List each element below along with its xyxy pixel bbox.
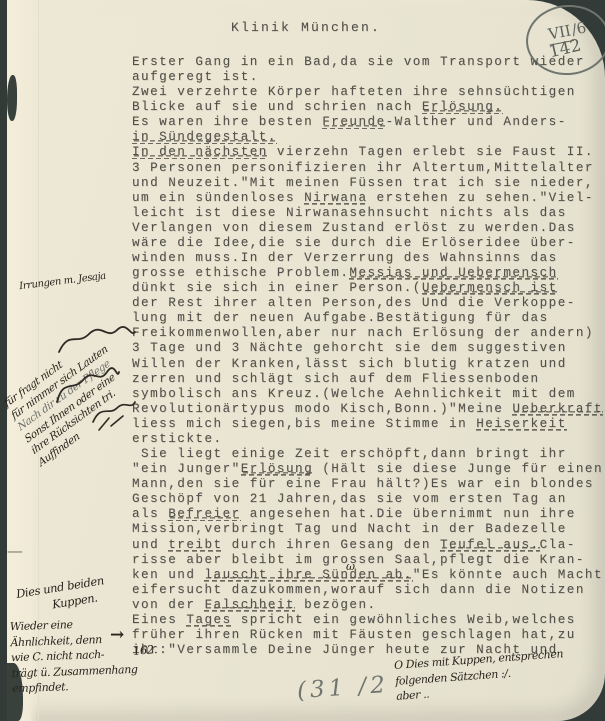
handwritten-line: empfindet. — [12, 677, 138, 697]
typed-line: risse aber bleibt im grossen Saal,pflegt… — [132, 553, 605, 568]
ink-correction-letter: ω — [346, 560, 355, 573]
stamp-denominator: /6 — [570, 18, 588, 38]
typed-line: leicht ist diese Nirwanasehnsucht nichts… — [132, 206, 605, 221]
typed-line: erstickte. — [132, 432, 605, 447]
typed-line: der Rest ihrer alten Person,des Und die … — [132, 296, 605, 311]
typed-line: 3 Tage und 3 Nächte gehorcht sie dem sug… — [132, 341, 605, 356]
typed-line: zerren und schlägt sich auf dem Fliessen… — [132, 372, 605, 387]
typed-line: winden muss.In der Verzerrung des Wahnsi… — [132, 251, 605, 266]
typed-line: und treibt durch ihren Gesang den Teufel… — [132, 538, 605, 553]
pencil-page-mark: (31 /2 — [296, 672, 390, 704]
typed-line: früher ihren Rücken mit Fäusten geschlag… — [132, 628, 605, 643]
typed-line: und Neuzeit."Mit meinen Füssen trat ich … — [132, 176, 605, 191]
typed-line: Geschöpf von 21 Jahren,das sie vom erste… — [132, 492, 605, 507]
typed-lines: Erster Gang in ein Bad,da sie vom Transp… — [132, 55, 605, 658]
typed-line: Verlangen von diesem Zustand erlöst zu w… — [132, 221, 605, 236]
typed-line: "ein Junger"Erlösung (Hält sie diese Jun… — [132, 462, 605, 477]
typed-line: Blicke auf sie und schrien nach Erlösung… — [132, 100, 605, 115]
photo-background: { "colors": { "background": "#333b38", "… — [0, 0, 605, 721]
typed-line: als Befreier angesehen hat.Die übernimmt… — [132, 507, 605, 522]
typed-line: In den nächsten vierzehn Tagen erlebt si… — [132, 145, 605, 160]
typed-line: ken und lauscht ihre Sünden ab."Es könnt… — [132, 568, 605, 583]
typed-line: Revolutionärtypus modo Kisch,Bonn.)"Mein… — [132, 402, 605, 417]
typed-line: Mission,verbringt Tag und Nacht in der B… — [132, 522, 605, 537]
typed-line: Zwei verzehrte Körper hafteten ihre sehn… — [132, 85, 605, 100]
typed-line: wäre die Idee,die sie durch die Erlöseri… — [132, 236, 605, 251]
arrow-icon: → — [110, 625, 124, 645]
manuscript-page: VII/6 142 Klinik München. Erster Gang in… — [7, 0, 605, 721]
typed-line: Freikommenwollen,aber nur nach Erlösung … — [132, 326, 605, 341]
ink-squiggle-mark — [55, 320, 139, 360]
typed-line: Willen der Kranken,lässt sich blutig kra… — [132, 357, 605, 372]
typed-line: 3 Personen personifizieren ihr Altertum,… — [132, 161, 605, 176]
typed-line: liess mich siegen,bis meine Stimme in He… — [132, 417, 605, 432]
typed-line: lung mit der neuen Aufgabe.Bestätigung f… — [132, 311, 605, 326]
typed-line: Eines Tages spricht ein gewöhnliches Wei… — [132, 613, 605, 628]
typed-line: symbolisch ans Kreuz.(Welche Aehnlichkei… — [132, 387, 605, 402]
ink-correction-number: 162. — [132, 642, 157, 658]
pencil-dash-mark: — — [7, 541, 23, 560]
typed-line: Es waren ihre besten Freunde-Walther und… — [132, 115, 605, 130]
typed-line: um ein sündenloses Nirwana erstehen zu s… — [132, 191, 605, 206]
typed-line: grosse ethische Problem.Messias und Uebe… — [132, 266, 605, 281]
typed-line: in Sündegestalt. — [132, 130, 605, 145]
typed-line: aufgeregt ist. — [132, 70, 605, 85]
typed-line: eifersucht dazukommen,worauf sich dann d… — [132, 583, 605, 598]
typed-line: Erster Gang in ein Bad,da sie vom Transp… — [132, 55, 605, 70]
typed-line: dünkt sie sich in einer Person.(Uebermen… — [132, 281, 605, 296]
typed-line: Sie liegt einige Zeit erschöpft,dann bri… — [132, 447, 605, 462]
ink-squiggle-mark — [89, 392, 139, 432]
page-edge-tear — [7, 75, 17, 121]
typed-line: von der Falschheit bezögen. — [132, 598, 605, 613]
typed-line: Mann,den sie für eine Frau hält?)Es war … — [132, 477, 605, 492]
document-title: Klinik München. — [231, 20, 381, 35]
